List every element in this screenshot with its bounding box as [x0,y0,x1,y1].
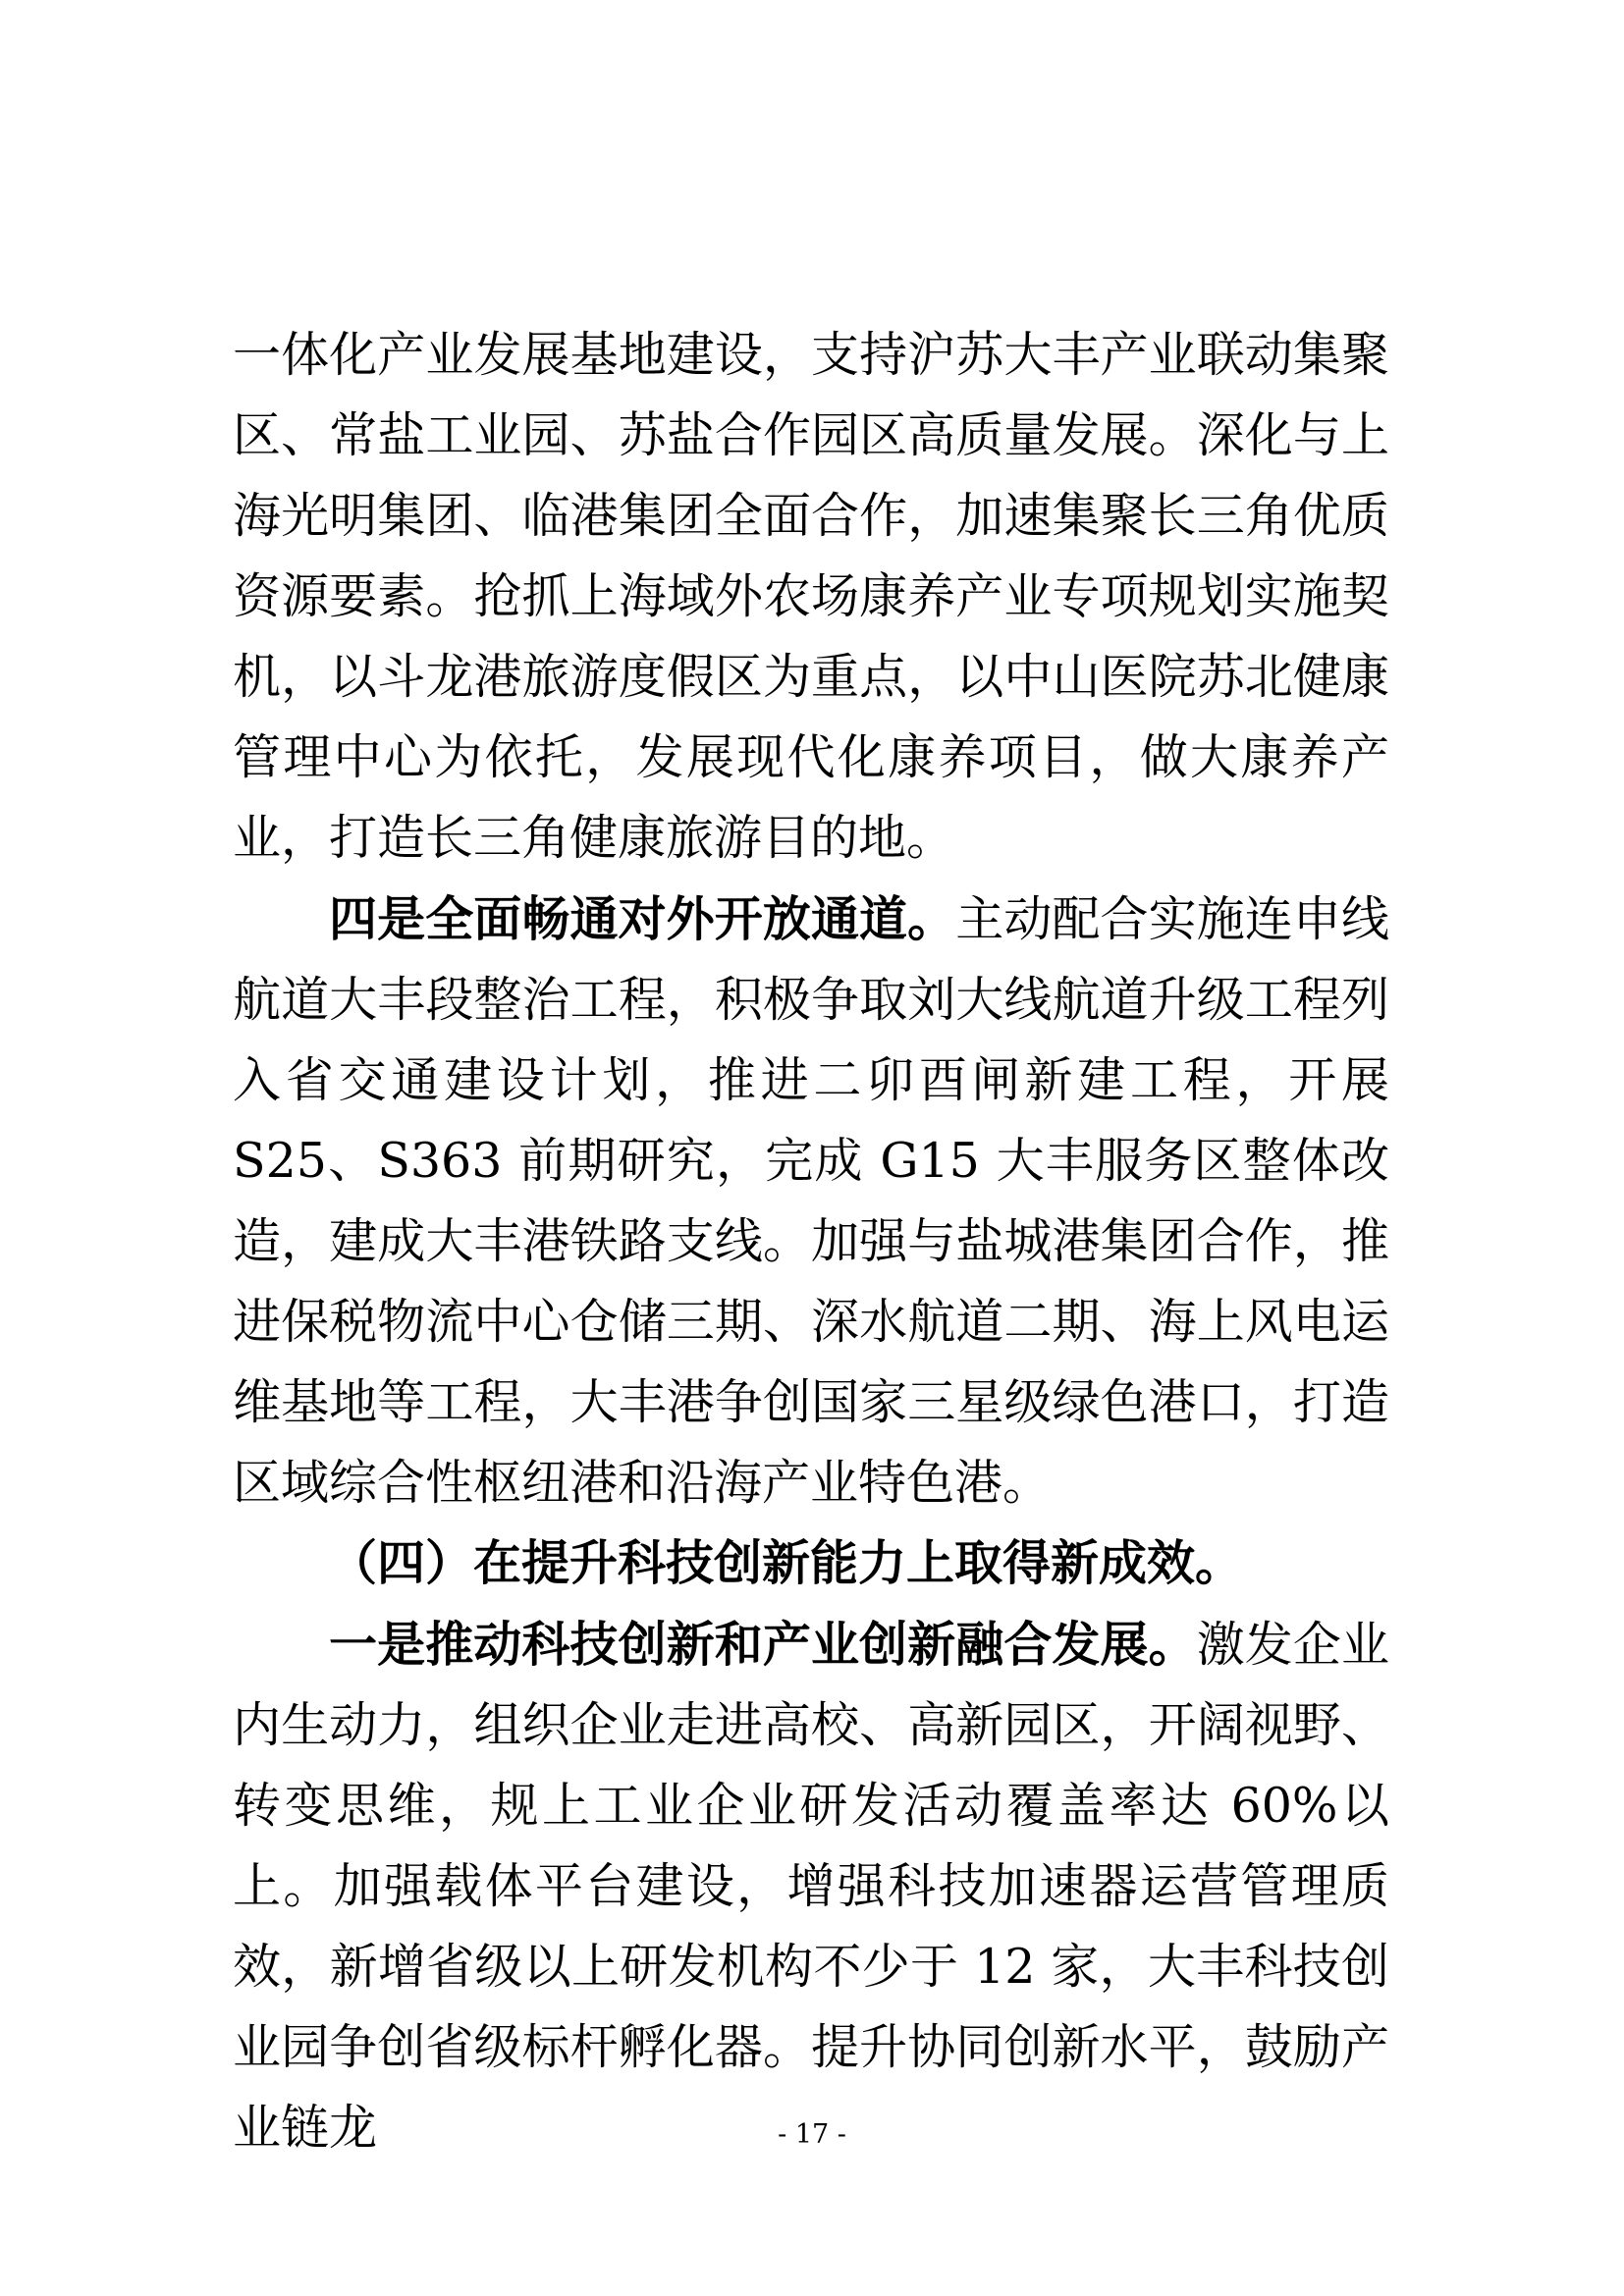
paragraph-body-text: 激发企业内生动力，组织企业走进高校、高新园区，开阔视野、转变思维，规上工业企业研… [233,1617,1389,2156]
paragraph-lead-in-bold: 四是全面畅通对外开放通道。 [329,890,955,947]
page-number: - 17 - [0,2118,1624,2152]
section-heading: （四）在提升科技创新能力上取得新成效。 [233,1523,1389,1604]
paragraph-body-text: 主动配合实施连申线航道大丰段整治工程，积极争取刘大线航道升级工程列入省交通建设计… [233,891,1389,1511]
paragraph-item-one-innovation: 一是推动科技创新和产业创新融合发展。激发企业内生动力，组织企业走进高校、高新园区… [233,1604,1389,2168]
paragraph-item-four-channels: 四是全面畅通对外开放通道。主动配合实施连申线航道大丰段整治工程，积极争取刘大线航… [233,879,1389,1523]
paragraph-lead-in-bold: 一是推动科技创新和产业创新融合发展。 [329,1616,1197,1673]
paragraph-continuation: 一体化产业发展基地建设，支持沪苏大丰产业联动集聚区、常盐工业园、苏盐合作园区高质… [233,315,1389,879]
document-body: 一体化产业发展基地建设，支持沪苏大丰产业联动集聚区、常盐工业园、苏盐合作园区高质… [233,315,1389,2168]
document-page: 一体化产业发展基地建设，支持沪苏大丰产业联动集聚区、常盐工业园、苏盐合作园区高质… [0,0,1624,2296]
paragraph-continuation-text: 一体化产业发展基地建设，支持沪苏大丰产业联动集聚区、常盐工业园、苏盐合作园区高质… [233,327,1389,866]
section-heading-text: （四）在提升科技创新能力上取得新成效。 [329,1535,1243,1591]
